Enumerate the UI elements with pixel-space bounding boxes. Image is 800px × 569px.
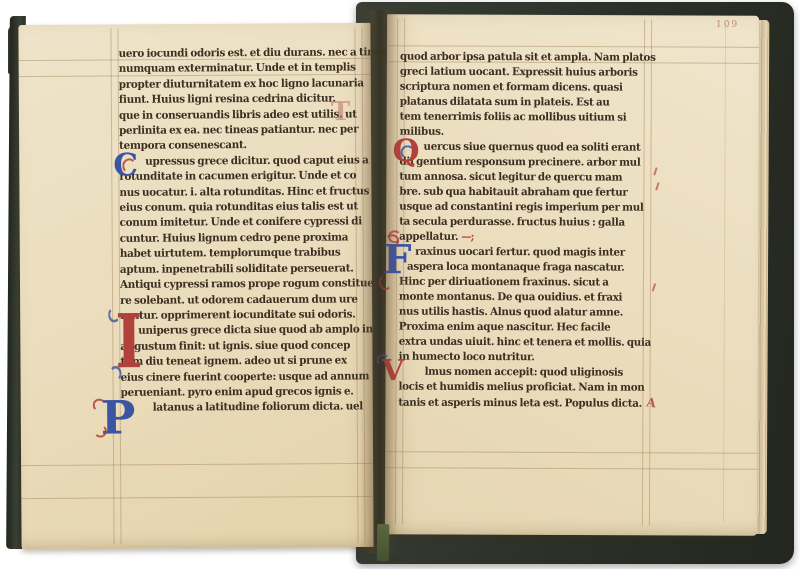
text-line: dii gentium responsum precinere. arbor m… — [399, 154, 645, 171]
ruling-line — [385, 451, 757, 454]
text-line: platanus dilatata sum in plateis. Est au — [400, 94, 646, 111]
initial-filigree — [109, 366, 121, 381]
text-line: quod arbor ipsa patula sit et ampla. Nam… — [400, 49, 646, 66]
manuscript-photo: uero iocundi odoris est. et diu durans. … — [0, 0, 800, 569]
ruling-line — [385, 467, 757, 470]
ruling-line — [21, 496, 373, 499]
initial-filigree — [377, 354, 390, 366]
illuminated-initial-Q: Q — [392, 136, 419, 167]
folio-number: 109 — [716, 20, 739, 30]
rubric-margin-tick — [655, 182, 659, 190]
bookmark-tab — [377, 524, 390, 561]
rubric-guide-letter: A — [646, 395, 657, 412]
text-line: tanis et asperis minus leta est. Populus… — [398, 394, 644, 412]
text-line: Antiqui cypressi ramos prope rogum const… — [120, 276, 360, 293]
text-line: raxinus uocari fertur. quod magis inter — [399, 244, 645, 261]
rubric-margin-tick — [653, 167, 657, 175]
illuminated-initial-F: F — [383, 240, 412, 280]
text-line: fiunt. Huius ligni resina cedrina dicitu… — [119, 91, 359, 108]
rubric-line-filler: —; — [461, 231, 473, 244]
right-text-column: quod arbor ipsa patula sit et ampla. Nam… — [398, 49, 646, 411]
right-page: quod arbor ipsa patula sit et ampla. Nam… — [385, 14, 759, 536]
illuminated-initial-V: V — [382, 356, 405, 385]
ruling-line — [649, 19, 652, 525]
text-line: greci latium uocant. Expressit huius arb… — [400, 64, 646, 81]
text-line: latanus a latitudine foliorum dicta. uel — [121, 399, 361, 416]
text-line: bre. sub qua habitauit abraham que fertu… — [399, 184, 645, 201]
initial-filigree — [108, 307, 120, 322]
text-line: ta secula perdurasse. fructus huius : ga… — [399, 214, 645, 231]
initial-filigree — [379, 274, 392, 290]
text-line: tum diu teneat ignem. adeo ut si prune e… — [120, 353, 360, 370]
left-text-column: uero iocundi odoris est. et diu durans. … — [119, 45, 361, 416]
text-line: tum annosa. sicut legitur de quercu mam — [399, 169, 645, 186]
text-line: usque ad constantini regis imperium per … — [399, 199, 645, 216]
text-line: rotunditate in cacumen erigitur. Unde et… — [119, 168, 359, 185]
ruling-line — [110, 29, 114, 545]
ruling-line — [387, 45, 759, 48]
ruling-line — [723, 24, 726, 522]
margin-guide-letter: T — [331, 97, 351, 127]
initial-filigree — [122, 158, 136, 173]
text-line: uercus siue quernus quod ea soliti erant — [400, 139, 646, 156]
illuminated-initial-C: C — [113, 150, 138, 181]
initial-filigree — [94, 425, 107, 438]
text-line: habet uirtutem. templorumque trabibus — [120, 245, 360, 262]
rubric-margin-tick — [652, 283, 656, 291]
text-line: milibus. — [400, 124, 646, 141]
illuminated-initial-P: P — [101, 394, 136, 440]
ruling-line — [21, 463, 373, 466]
initial-filigree — [401, 145, 415, 159]
initial-filigree — [93, 399, 106, 412]
rubric-flourish — [388, 230, 401, 243]
text-line: uniperus grece dicta siue quod ab amplo … — [120, 322, 360, 339]
illuminated-initial-I: I — [115, 304, 143, 378]
text-line: tem tenerrimis foliis ac mollibus uitium… — [400, 109, 646, 126]
text-line: appellatur.—; — [399, 229, 645, 246]
text-line: scriptura nomen et formam dicens. quasi — [400, 79, 646, 96]
text-line-segment: tanis et asperis minus leta est. Populus… — [398, 396, 642, 410]
left-page: uero iocundi odoris est. et diu durans. … — [18, 23, 373, 549]
